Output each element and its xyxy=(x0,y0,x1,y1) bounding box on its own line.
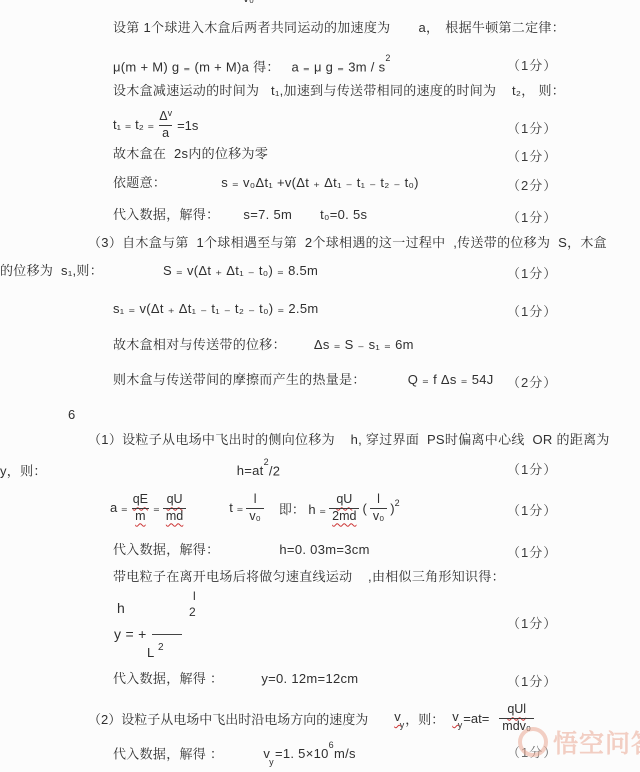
numerator: qU xyxy=(165,493,185,507)
L-exponent: 2 xyxy=(158,640,164,656)
solution-line: 故木盒在 2s内的位移为零 xyxy=(113,146,268,162)
solution-line: 设木盒减速运动的时间为 t₁,加速到与传送带相同的速度的时间为 t₂， 则： xyxy=(113,83,565,99)
formula-text: =1s xyxy=(177,118,198,133)
score-mark: （1分） xyxy=(507,263,557,282)
score-mark: （2分） xyxy=(507,175,557,194)
l-over-2-denominator: 2 xyxy=(189,604,196,620)
formula-text: Δs ₌ S ₋ s₁ ₌ 6m xyxy=(314,337,414,352)
l-over-2-numerator: l xyxy=(193,588,196,604)
exponent: 2 xyxy=(264,457,269,467)
solution-line: 设第 1个球进入木盒后两者共同运动的加速度为a，根据牛顿第二定律： xyxy=(113,20,565,36)
denominator: 2md xyxy=(329,508,359,523)
line-label: y，则： xyxy=(0,463,47,478)
formula-text: s₁ ₌ v(Δt ₊ Δt₁ ₋ t₁ ₋ t₂ ₋ t₀) ₌ 2.5m xyxy=(113,301,319,316)
line-label: 则木盒与传送带间的摩擦而产生的热量是： xyxy=(113,372,366,387)
sup-v: v xyxy=(168,108,173,118)
numerator: l xyxy=(375,493,382,507)
solution-line: 代入数据，解得 ：vy=1. 5×106m/s xyxy=(113,742,356,767)
formula-text: Q ₌ f Δs ₌ 54J xyxy=(408,372,494,387)
line-text: 设第 1个球进入木盒后两者共同运动的加速度为 xyxy=(113,20,390,35)
solution-line: （2）设粒子从电场中飞出时沿电场方向的速度为 vy ， 则： vy =at= q… xyxy=(88,698,537,738)
fraction: qUmd xyxy=(163,493,186,522)
result-value: h=0. 03m=3cm xyxy=(279,542,369,557)
fraction: qU2md xyxy=(329,493,359,522)
line-text: （1）设粒子从电场中飞出时的侧向位移为 h, 穿过界面 PS时偏离中心线 OR … xyxy=(88,432,610,447)
fraction-bar xyxy=(152,634,182,635)
line-text: ， xyxy=(405,709,418,728)
line-text: 故木盒在 2s内的位移为零 xyxy=(113,146,268,161)
denominator: a xyxy=(159,125,172,140)
solution-line: 的位移为 s₁,则：S ₌ v(Δt ₊ Δt₁ ₋ t₀) ₌ 8.5m xyxy=(0,263,318,279)
numerator: qE xyxy=(131,493,150,507)
line-label: 代入数据，解得 ： xyxy=(113,746,223,761)
vy-symbol: vy xyxy=(394,709,405,727)
vy-symbol: vy xyxy=(452,709,463,727)
denominator: m xyxy=(132,508,148,523)
fraction: qEm xyxy=(131,493,150,522)
solution-line: y，则：h=at2/2 xyxy=(0,459,280,479)
formula-text: S ₌ v(Δt ₊ Δt₁ ₋ t₀) ₌ 8.5m xyxy=(163,263,318,278)
denominator: v₀ xyxy=(246,508,263,523)
h-symbol: h xyxy=(117,600,125,616)
exponent: 2 xyxy=(385,53,390,63)
result-value: y=0. 12m=12cm xyxy=(261,671,358,686)
wukong-logo-icon xyxy=(518,727,548,757)
solution-line: 带电粒子在离开电场后将做匀速直线运动 ,由相似三角形知识得： xyxy=(113,569,505,585)
variable-a: a， xyxy=(418,20,439,35)
line-label: 代入数据，解得： xyxy=(113,542,219,557)
formula-acceleration: a ₌ qEm ₌ qUmd t ₌ lv₀ 即： h ₌ qU2md ( lv… xyxy=(110,486,400,530)
score-mark: （1分） xyxy=(507,301,557,320)
clipped-formula-fragment: v₀ xyxy=(243,0,254,5)
numerator: Δv xyxy=(157,110,174,124)
line-label: 故木盒相对与传送带的位移： xyxy=(113,337,286,352)
y-equals: y = + xyxy=(114,626,147,642)
solution-line: 代入数据，解得：s=7. 5mt₀=0. 5s xyxy=(113,207,367,223)
score-mark: （2分） xyxy=(507,372,557,391)
score-mark: （1分） xyxy=(507,459,557,478)
line-text: 则： xyxy=(418,709,444,728)
line-label: 依题意： xyxy=(113,175,166,190)
solution-line: 代入数据，解得：h=0. 03m=3cm xyxy=(113,542,370,558)
solution-line: （3）自木盒与第 1个球相遇至与第 2个球相遇的这一过程中 ,传送带的位移为 S… xyxy=(88,235,607,251)
physics-solution-page: v₀ 设第 1个球进入木盒后两者共同运动的加速度为a，根据牛顿第二定律： μ(m… xyxy=(0,0,640,772)
score-mark: （1分） xyxy=(507,542,557,561)
exponent: 2 xyxy=(395,498,400,508)
fraction: Δva xyxy=(157,110,174,139)
numerator: l xyxy=(252,493,259,507)
line-text: 设木盒减速运动的时间为 t₁,加速到与传送带相同的速度的时间为 t₂， 则： xyxy=(113,83,565,98)
score-mark: （1分） xyxy=(507,55,557,74)
formula-text: a ₌ xyxy=(110,500,128,516)
watermark: 悟空问答 xyxy=(518,724,640,760)
formula-text: ₌ xyxy=(153,500,160,516)
numerator: qUl xyxy=(505,703,528,717)
formula-text: =at= xyxy=(463,711,489,726)
paren-open: ( xyxy=(362,501,366,516)
line-label: 的位移为 s₁,则： xyxy=(0,263,103,278)
formula-newton: μ(m + M) g ₌ (m + M)a 得： a ₌ μ g ₌ 3m / … xyxy=(113,55,391,75)
line-text: （3）自木盒与第 1个球相遇至与第 2个球相遇的这一过程中 ,传送带的位移为 S… xyxy=(88,235,607,250)
line-text: 根据牛顿第二定律： xyxy=(445,20,565,35)
solution-line: （1）设粒子从电场中飞出时的侧向位移为 h, 穿过界面 PS时偏离中心线 OR … xyxy=(88,432,610,448)
line-text: （2）设粒子从电场中飞出时沿电场方向的速度为 xyxy=(88,709,368,728)
solution-line: 依题意：s ₌ v₀Δt₁ +v(Δt ₊ Δt₁ ₋ t₁ ₋ t₂ ₋ t₀… xyxy=(113,175,419,191)
formula-text: t ₌ xyxy=(229,500,243,516)
formula-text: μ(m + M) g ₌ (m + M)a 得： a ₌ μ g ₌ 3m / … xyxy=(113,59,385,74)
L-symbol: L xyxy=(147,645,155,661)
denominator: md xyxy=(163,508,186,523)
formula-text: h=at xyxy=(237,463,264,478)
formula-text: s ₌ v₀Δt₁ +v(Δt ₊ Δt₁ ₋ t₁ ₋ t₂ ₋ t₀) xyxy=(221,175,419,190)
numerator: qU xyxy=(334,493,354,507)
solution-line: 则木盒与传送带间的摩擦而产生的热量是：Q ₌ f Δs ₌ 54J xyxy=(113,372,494,388)
score-mark: （1分） xyxy=(507,118,557,137)
score-mark: （1分） xyxy=(507,500,557,519)
formula-s1: s₁ ₌ v(Δt ₊ Δt₁ ₋ t₁ ₋ t₂ ₋ t₀) ₌ 2.5m xyxy=(113,301,319,317)
score-mark: （1分） xyxy=(507,207,557,226)
formula-time: t₁ ₌ t₂ ₌ Δva =1s xyxy=(113,106,198,144)
formula-text: 即： h ₌ xyxy=(279,499,326,518)
denominator: v₀ xyxy=(370,508,387,523)
formula-text: t₁ ₌ t₂ ₌ xyxy=(113,117,154,133)
line-text: 6 xyxy=(68,407,76,422)
watermark-text: 悟空问答 xyxy=(553,724,640,760)
solution-line: 故木盒相对与传送带的位移：Δs ₌ S ₋ s₁ ₌ 6m xyxy=(113,337,414,353)
formula-text: /2 xyxy=(269,463,280,478)
solution-line: 代入数据，解得 ：y=0. 12m=12cm xyxy=(113,671,358,687)
result-value: s=7. 5m xyxy=(243,207,292,222)
line-label: 代入数据，解得 ： xyxy=(113,671,223,686)
fraction: lv₀ xyxy=(246,493,263,522)
score-mark: （1分） xyxy=(507,146,557,165)
score-mark: （1分） xyxy=(507,613,557,632)
score-mark: （1分） xyxy=(507,671,557,690)
line-text: 带电粒子在离开电场后将做匀速直线运动 ,由相似三角形知识得： xyxy=(113,569,505,584)
fraction: lv₀ xyxy=(370,493,387,522)
result-value: t₀=0. 5s xyxy=(320,207,367,222)
result-value: vy=1. 5×106m/s xyxy=(263,746,356,761)
line-label: 代入数据，解得： xyxy=(113,207,219,222)
problem-number: 6 xyxy=(68,407,76,423)
